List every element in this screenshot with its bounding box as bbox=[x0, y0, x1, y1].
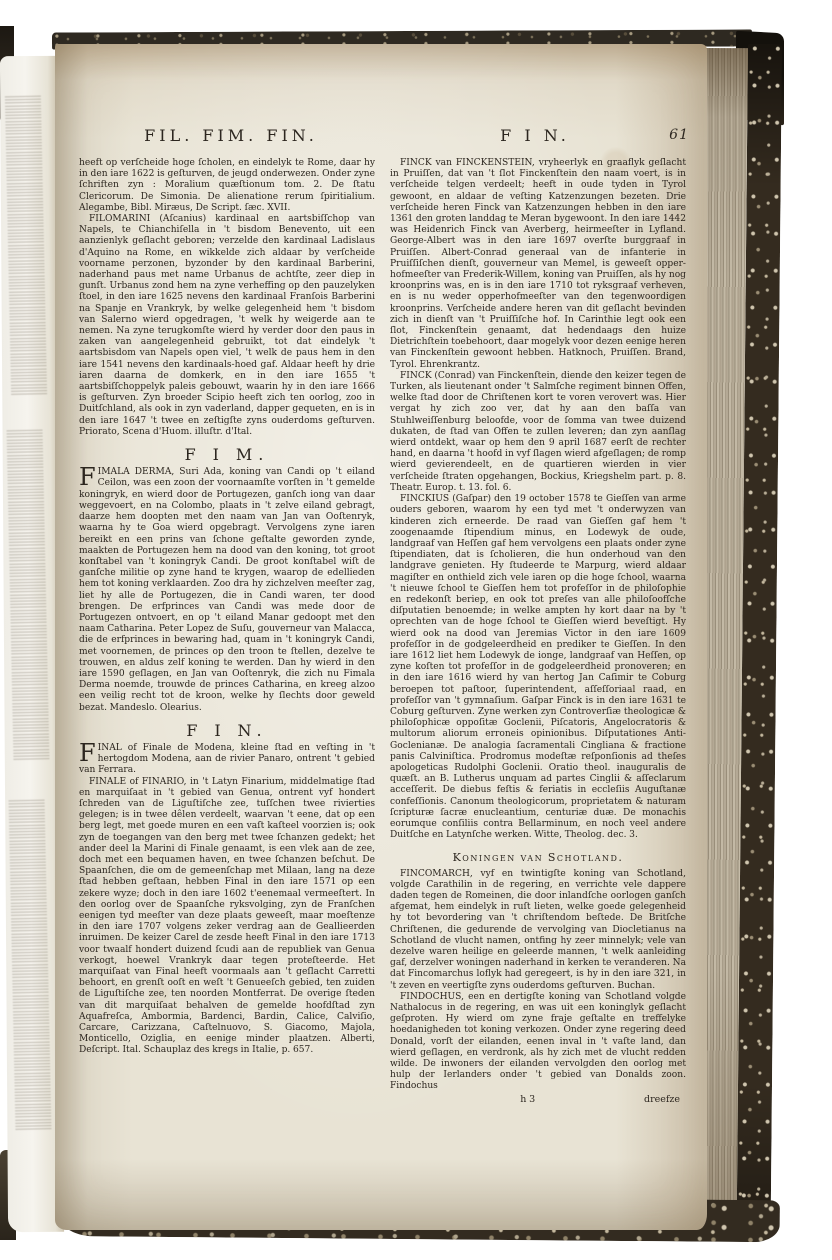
section-heading-fim: F I M. bbox=[79, 449, 375, 460]
book-page: FIL. FIM. FIN. F I N. 61 heeft op verſch… bbox=[55, 44, 707, 1230]
facing-page-text-blur bbox=[7, 430, 50, 761]
entry-continuation: heeft op verſcheide hoge ſcholen, en ein… bbox=[79, 158, 375, 214]
running-head-left: FIL. FIM. FIN. bbox=[79, 126, 383, 145]
entry-fimala-derma: FIMALA DERMA, Suri Ada, koning van Candi… bbox=[79, 467, 375, 713]
entry-finck-conrad: FINCK (Conrad) van Finckenſtein, diende … bbox=[390, 371, 686, 494]
entry-finck-van-finckenstein: FINCK van FINCKENSTEIN, vryheerlyk en gr… bbox=[390, 158, 686, 371]
printed-text-block: FIL. FIM. FIN. F I N. 61 heeft op verſch… bbox=[79, 126, 687, 1107]
entry-findochus: FINDOCHUS, een en dertigſte koning van S… bbox=[390, 992, 686, 1093]
sub-heading-koningen-van-schotland: Koningen van Schotland. bbox=[390, 852, 686, 863]
entry-final: FINAL of Finale de Modena, kleine ſtad e… bbox=[79, 743, 375, 777]
photo-background: { "page_header": { "left": "FIL. FIM. FI… bbox=[0, 0, 832, 1260]
column-left: heeft op verſcheide hoge ſcholen, en ein… bbox=[79, 158, 375, 1107]
entry-finckius: FINCKIUS (Gaſpar) den 19 october 1578 te… bbox=[390, 494, 686, 841]
facing-page-text-blur bbox=[9, 800, 52, 1131]
running-head: FIL. FIM. FIN. F I N. 61 bbox=[79, 126, 687, 145]
entry-fincomarch: FINCOMARCH, vyf en twintigſte koning van… bbox=[390, 869, 686, 992]
facing-page-text-blur bbox=[5, 96, 47, 397]
entry-finale: FINALE of FINARIO, in 't Latyn Finarium,… bbox=[79, 777, 375, 1057]
running-head-right-label: F I N. bbox=[500, 126, 570, 145]
two-column-text: heeft op verſcheide hoge ſcholen, en ein… bbox=[79, 158, 687, 1107]
signature-row: h 3 dreefze bbox=[390, 1094, 686, 1107]
entry-filomarini: FILOMARINI (Aſcanius) kardinaal en aarts… bbox=[79, 214, 375, 438]
section-heading-fin: F I N. bbox=[79, 725, 375, 736]
page-number: 61 bbox=[669, 127, 689, 143]
signature-mark: h 3 bbox=[520, 1094, 535, 1105]
catchword: dreefze bbox=[644, 1094, 680, 1105]
running-head-right: F I N. 61 bbox=[383, 126, 687, 145]
column-right: FINCK van FINCKENSTEIN, vryheerlyk en gr… bbox=[390, 158, 686, 1107]
